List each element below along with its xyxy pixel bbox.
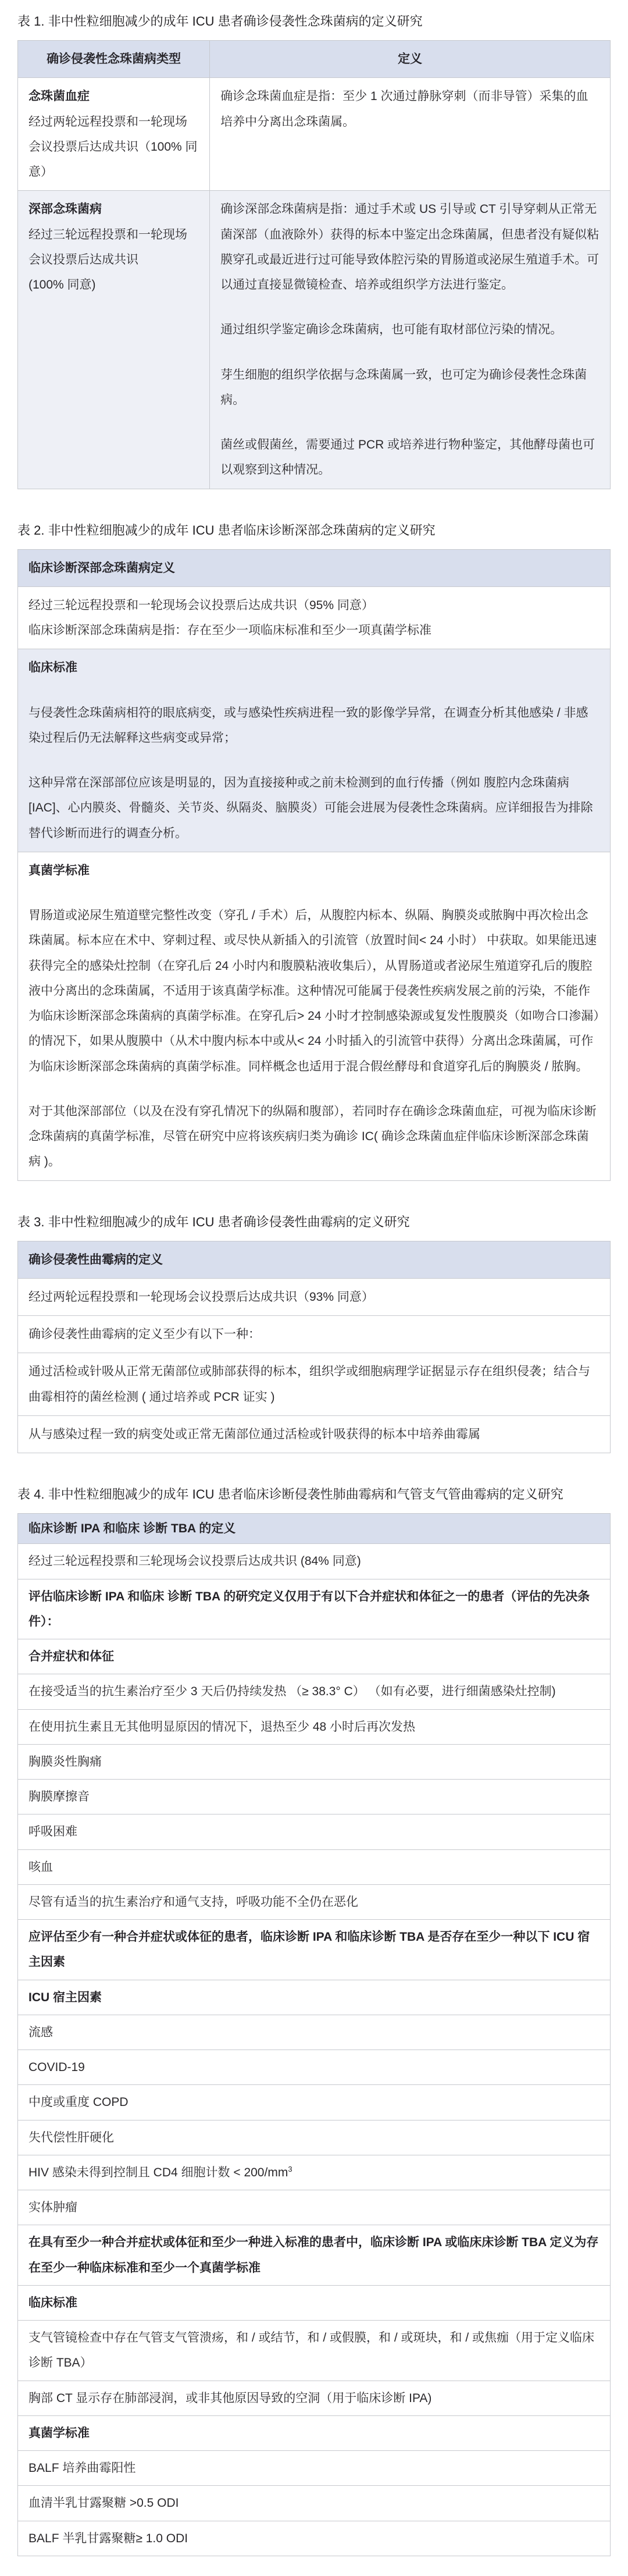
definition-paragraph: 确诊深部念珠菌病是指：通过手术或 US 引导或 CT 引导穿刺从正常无菌深部（血…	[220, 197, 600, 297]
definition-paragraph: 菌丝或假菌丝，需要通过 PCR 或培养进行物种鉴定，其他酵母菌也可以观察到这种情…	[220, 432, 600, 483]
clinical-criteria-cell: 临床标准 与侵袭性念珠菌病相符的眼底病变，或与感染性疾病进程一致的影像学异常，在…	[18, 649, 611, 852]
table-row: 中度或重度 COPD	[18, 2085, 611, 2120]
table4-cell: 尽管有适当的抗生素治疗和通气支持，呼吸功能不全仍在恶化	[18, 1884, 611, 1919]
table3-cell: 通过活检或针吸从正常无菌部位或肺部获得的标本，组织学或细胞病理学证据显示存在组织…	[18, 1353, 611, 1416]
table2-title: 表 2. 非中性粒细胞减少的成年 ICU 患者临床诊断深部念珠菌病的定义研究	[17, 521, 611, 540]
mycological-criteria-paragraph: 胃肠道或泌尿生殖道壁完整性改变（穿孔 / 手术）后，从腹腔内标本、纵隔、胸膜炎或…	[28, 903, 600, 1079]
table1-col2-header: 定义	[210, 41, 611, 78]
table-row: 通过活检或针吸从正常无菌部位或肺部获得的标本，组织学或细胞病理学证据显示存在组织…	[18, 1353, 611, 1416]
deep-candidiasis-type-cell: 深部念珠菌病 经过三轮远程投票和一轮现场会议投票后达成共识 (100% 同意)	[18, 191, 210, 489]
deep-candidiasis-row: 深部念珠菌病 经过三轮远程投票和一轮现场会议投票后达成共识 (100% 同意) …	[18, 191, 611, 489]
table4-cell: 呼吸困难	[18, 1814, 611, 1849]
table-row: 真菌学标准	[18, 2415, 611, 2450]
table1-col1-header: 确诊侵袭性念珠菌病类型	[18, 41, 210, 78]
table-row: 呼吸困难	[18, 1814, 611, 1849]
table1-proven-candidiasis: 确诊侵袭性念珠菌病类型 定义 念珠菌血症 经过两轮远程投票和一轮现场会议投票后达…	[17, 40, 611, 489]
table-row: 应评估至少有一种合并症状或体征的患者，临床诊断 IPA 和临床诊断 TBA 是否…	[18, 1920, 611, 1980]
table2-probable-deep-candidiasis: 临床诊断深部念珠菌病定义 经过三轮远程投票和一轮现场会议投票后达成共识（95% …	[17, 549, 611, 1181]
table-row: 确诊侵袭性曲霉病的定义至少有以下一种：	[18, 1316, 611, 1353]
table3-title: 表 3. 非中性粒细胞减少的成年 ICU 患者确诊侵袭性曲霉病的定义研究	[17, 1212, 611, 1232]
document-page: 表 1. 非中性粒细胞减少的成年 ICU 患者确诊侵袭性念珠菌病的定义研究 确诊…	[0, 0, 628, 2576]
table4-cell: BALF 培养曲霉阳性	[18, 2451, 611, 2486]
table4-cell: 评估临床诊断 IPA 和临床 诊断 TBA 的研究定义仅用于有以下合并症状和体征…	[18, 1579, 611, 1639]
mycological-criteria-paragraph: 对于其他深部部位（以及在没有穿孔情况下的纵隔和腹部），若同时存在确诊念珠菌血症，…	[28, 1099, 600, 1175]
table-row: 胸膜炎性胸痛	[18, 1744, 611, 1779]
table4-cell: 在接受适当的抗生素治疗至少 3 天后仍持续发热 （≥ 38.3° C） （如有必…	[18, 1674, 611, 1709]
consensus-row: 经过三轮远程投票和一轮现场会议投票后达成共识（95% 同意） 临床诊断深部念珠菌…	[18, 586, 611, 649]
table2-header-row: 临床诊断深部念珠菌病定义	[18, 549, 611, 586]
table-row: 尽管有适当的抗生素治疗和通气支持，呼吸功能不全仍在恶化	[18, 1884, 611, 1919]
table-row: 从与感染过程一致的病变处或正常无菌部位通过活检或针吸获得的标本中培养曲霉属	[18, 1415, 611, 1453]
table4-cell: 胸膜摩擦音	[18, 1780, 611, 1814]
table-row: COVID-19	[18, 2050, 611, 2085]
table4-cell: 经过三轮远程投票和三轮现场会议投票后达成共识 (84% 同意)	[18, 1544, 611, 1579]
clinical-criteria-paragraph: 这种异常在深部部位应该是明显的，因为直接接种或之前未检测到的血行传播（例如 腹腔…	[28, 770, 600, 846]
table-row: 评估临床诊断 IPA 和临床 诊断 TBA 的研究定义仅用于有以下合并症状和体征…	[18, 1579, 611, 1639]
definition-paragraph: 芽生细胞的组织学依据与念珠菌属一致，也可定为确诊侵袭性念珠菌病。	[220, 362, 600, 413]
table4-cell: 咳血	[18, 1849, 611, 1884]
table4-cell: COVID-19	[18, 2050, 611, 2085]
table4-cell: 合并症状和体征	[18, 1639, 611, 1674]
table-row: 经过三轮远程投票和三轮现场会议投票后达成共识 (84% 同意)	[18, 1544, 611, 1579]
candidemia-type-cell: 念珠菌血症 经过两轮远程投票和一轮现场会议投票后达成共识（100% 同意）	[18, 78, 210, 191]
table-row: BALF 半乳甘露聚糖≥ 1.0 ODI	[18, 2521, 611, 2556]
table4-cell: 在使用抗生素且无其他明显原因的情况下，退热至少 48 小时后再次发热	[18, 1709, 611, 1744]
table4-cell: 失代偿性肝硬化	[18, 2120, 611, 2155]
table-row: 实体肿瘤	[18, 2190, 611, 2225]
definition-text: 确诊念珠菌血症是指：至少 1 次通过静脉穿刺（而非导管）采集的血培养中分离出念珠…	[220, 84, 600, 134]
table4-header-row: 临床诊断 IPA 和临床 诊断 TBA 的定义	[18, 1514, 611, 1544]
table3-cell: 确诊侵袭性曲霉病的定义至少有以下一种：	[18, 1316, 611, 1353]
table4-cell: 胸膜炎性胸痛	[18, 1744, 611, 1779]
table3-cell: 经过两轮远程投票和一轮现场会议投票后达成共识（93% 同意）	[18, 1278, 611, 1315]
table3-cell: 从与感染过程一致的病变处或正常无菌部位通过活检或针吸获得的标本中培养曲霉属	[18, 1415, 611, 1453]
table4-cell: 在具有至少一种合并症状或体征和至少一种进入标准的患者中，临床诊断 IPA 或临床…	[18, 2225, 611, 2286]
table-row: 临床标准	[18, 2285, 611, 2320]
table4-probable-ipa-tba: 临床诊断 IPA 和临床 诊断 TBA 的定义 经过三轮远程投票和三轮现场会议投…	[17, 1513, 611, 2556]
table3-header: 确诊侵袭性曲霉病的定义	[18, 1241, 611, 1278]
consensus-line: 经过三轮远程投票和一轮现场会议投票后达成共识（95% 同意）	[28, 593, 600, 618]
hiv-criterion-text: HIV 感染未得到控制且 CD4 细胞计数 < 200/mm	[28, 2166, 288, 2179]
table4-cell: 流感	[18, 2015, 611, 2050]
table-row: 在使用抗生素且无其他明显原因的情况下，退热至少 48 小时后再次发热	[18, 1709, 611, 1744]
clinical-criteria-block: 临床标准 与侵袭性念珠菌病相符的眼底病变，或与感染性疾病进程一致的影像学异常，在…	[18, 649, 611, 852]
consensus-cell: 经过三轮远程投票和一轮现场会议投票后达成共识（95% 同意） 临床诊断深部念珠菌…	[18, 586, 611, 649]
table4-header: 临床诊断 IPA 和临床 诊断 TBA 的定义	[18, 1514, 611, 1544]
table4-cell: 应评估至少有一种合并症状或体征的患者，临床诊断 IPA 和临床诊断 TBA 是否…	[18, 1920, 611, 1980]
definition-paragraph: 通过组织学鉴定确诊念珠菌病，也可能有取材部位污染的情况。	[220, 317, 600, 342]
clinical-criteria-title: 临床标准	[28, 655, 600, 680]
table4-cell-hiv: HIV 感染未得到控制且 CD4 细胞计数 < 200/mm3	[18, 2155, 611, 2190]
table-row: 胸部 CT 显示存在肺部浸润，或非其他原因导致的空洞（用于临床诊断 IPA)	[18, 2381, 611, 2415]
table-row: HIV 感染未得到控制且 CD4 细胞计数 < 200/mm3	[18, 2155, 611, 2190]
type-note: 经过两轮远程投票和一轮现场会议投票后达成共识（100% 同意）	[28, 109, 199, 185]
table3-proven-aspergillosis: 确诊侵袭性曲霉病的定义 经过两轮远程投票和一轮现场会议投票后达成共识（93% 同…	[17, 1241, 611, 1454]
mycological-criteria-block: 真菌学标准 胃肠道或泌尿生殖道壁完整性改变（穿孔 / 手术）后，从腹腔内标本、纵…	[18, 852, 611, 1180]
table-row: 咳血	[18, 1849, 611, 1884]
candidemia-definition-cell: 确诊念珠菌血症是指：至少 1 次通过静脉穿刺（而非导管）采集的血培养中分离出念珠…	[210, 78, 611, 191]
table4-cell: 血清半乳甘露聚糖 >0.5 ODI	[18, 2486, 611, 2521]
table4-cell: 胸部 CT 显示存在肺部浸润，或非其他原因导致的空洞（用于临床诊断 IPA)	[18, 2381, 611, 2415]
table-row: ICU 宿主因素	[18, 1980, 611, 2015]
table4-cell: 实体肿瘤	[18, 2190, 611, 2225]
table2-header: 临床诊断深部念珠菌病定义	[18, 549, 611, 586]
clinical-criteria-paragraph: 与侵袭性念珠菌病相符的眼底病变，或与感染性疾病进程一致的影像学异常，在调查分析其…	[28, 700, 600, 751]
table-row: 血清半乳甘露聚糖 >0.5 ODI	[18, 2486, 611, 2521]
table-row: 流感	[18, 2015, 611, 2050]
consensus-line: 临床诊断深部念珠菌病是指：存在至少一项临床标准和至少一项真菌学标准	[28, 618, 600, 643]
table4-cell: 临床标准	[18, 2285, 611, 2320]
table-row: 失代偿性肝硬化	[18, 2120, 611, 2155]
table-row: 合并症状和体征	[18, 1639, 611, 1674]
deep-candidiasis-definition-cell: 确诊深部念珠菌病是指：通过手术或 US 引导或 CT 引导穿刺从正常无菌深部（血…	[210, 191, 611, 489]
table1-title: 表 1. 非中性粒细胞减少的成年 ICU 患者确诊侵袭性念珠菌病的定义研究	[17, 12, 611, 31]
table1-header-row: 确诊侵袭性念珠菌病类型 定义	[18, 41, 611, 78]
candidemia-row: 念珠菌血症 经过两轮远程投票和一轮现场会议投票后达成共识（100% 同意） 确诊…	[18, 78, 611, 191]
table3-header-row: 确诊侵袭性曲霉病的定义	[18, 1241, 611, 1278]
type-note: 经过三轮远程投票和一轮现场会议投票后达成共识	[28, 222, 199, 273]
table4-title: 表 4. 非中性粒细胞减少的成年 ICU 患者临床诊断侵袭性肺曲霉病和气管支气管…	[17, 1485, 611, 1504]
table4-cell: 支气管镜检查中存在气管支气管溃疡，和 / 或结节，和 / 或假膜，和 / 或斑块…	[18, 2321, 611, 2381]
table-row: 支气管镜检查中存在气管支气管溃疡，和 / 或结节，和 / 或假膜，和 / 或斑块…	[18, 2321, 611, 2381]
table-row: 胸膜摩擦音	[18, 1780, 611, 1814]
mycological-criteria-cell: 真菌学标准 胃肠道或泌尿生殖道壁完整性改变（穿孔 / 手术）后，从腹腔内标本、纵…	[18, 852, 611, 1180]
superscript-3: 3	[288, 2165, 292, 2173]
type-name: 念珠菌血症	[28, 84, 199, 109]
table-row: 在具有至少一种合并症状或体征和至少一种进入标准的患者中，临床诊断 IPA 或临床…	[18, 2225, 611, 2286]
table4-cell: BALF 半乳甘露聚糖≥ 1.0 ODI	[18, 2521, 611, 2556]
type-note-agreement: (100% 同意)	[28, 272, 199, 297]
mycological-criteria-title: 真菌学标准	[28, 858, 600, 883]
table4-cell: 真菌学标准	[18, 2415, 611, 2450]
table4-cell: ICU 宿主因素	[18, 1980, 611, 2015]
table-row: 经过两轮远程投票和一轮现场会议投票后达成共识（93% 同意）	[18, 1278, 611, 1315]
table-row: 在接受适当的抗生素治疗至少 3 天后仍持续发热 （≥ 38.3° C） （如有必…	[18, 1674, 611, 1709]
type-name: 深部念珠菌病	[28, 197, 199, 222]
table-row: BALF 培养曲霉阳性	[18, 2451, 611, 2486]
table4-cell: 中度或重度 COPD	[18, 2085, 611, 2120]
